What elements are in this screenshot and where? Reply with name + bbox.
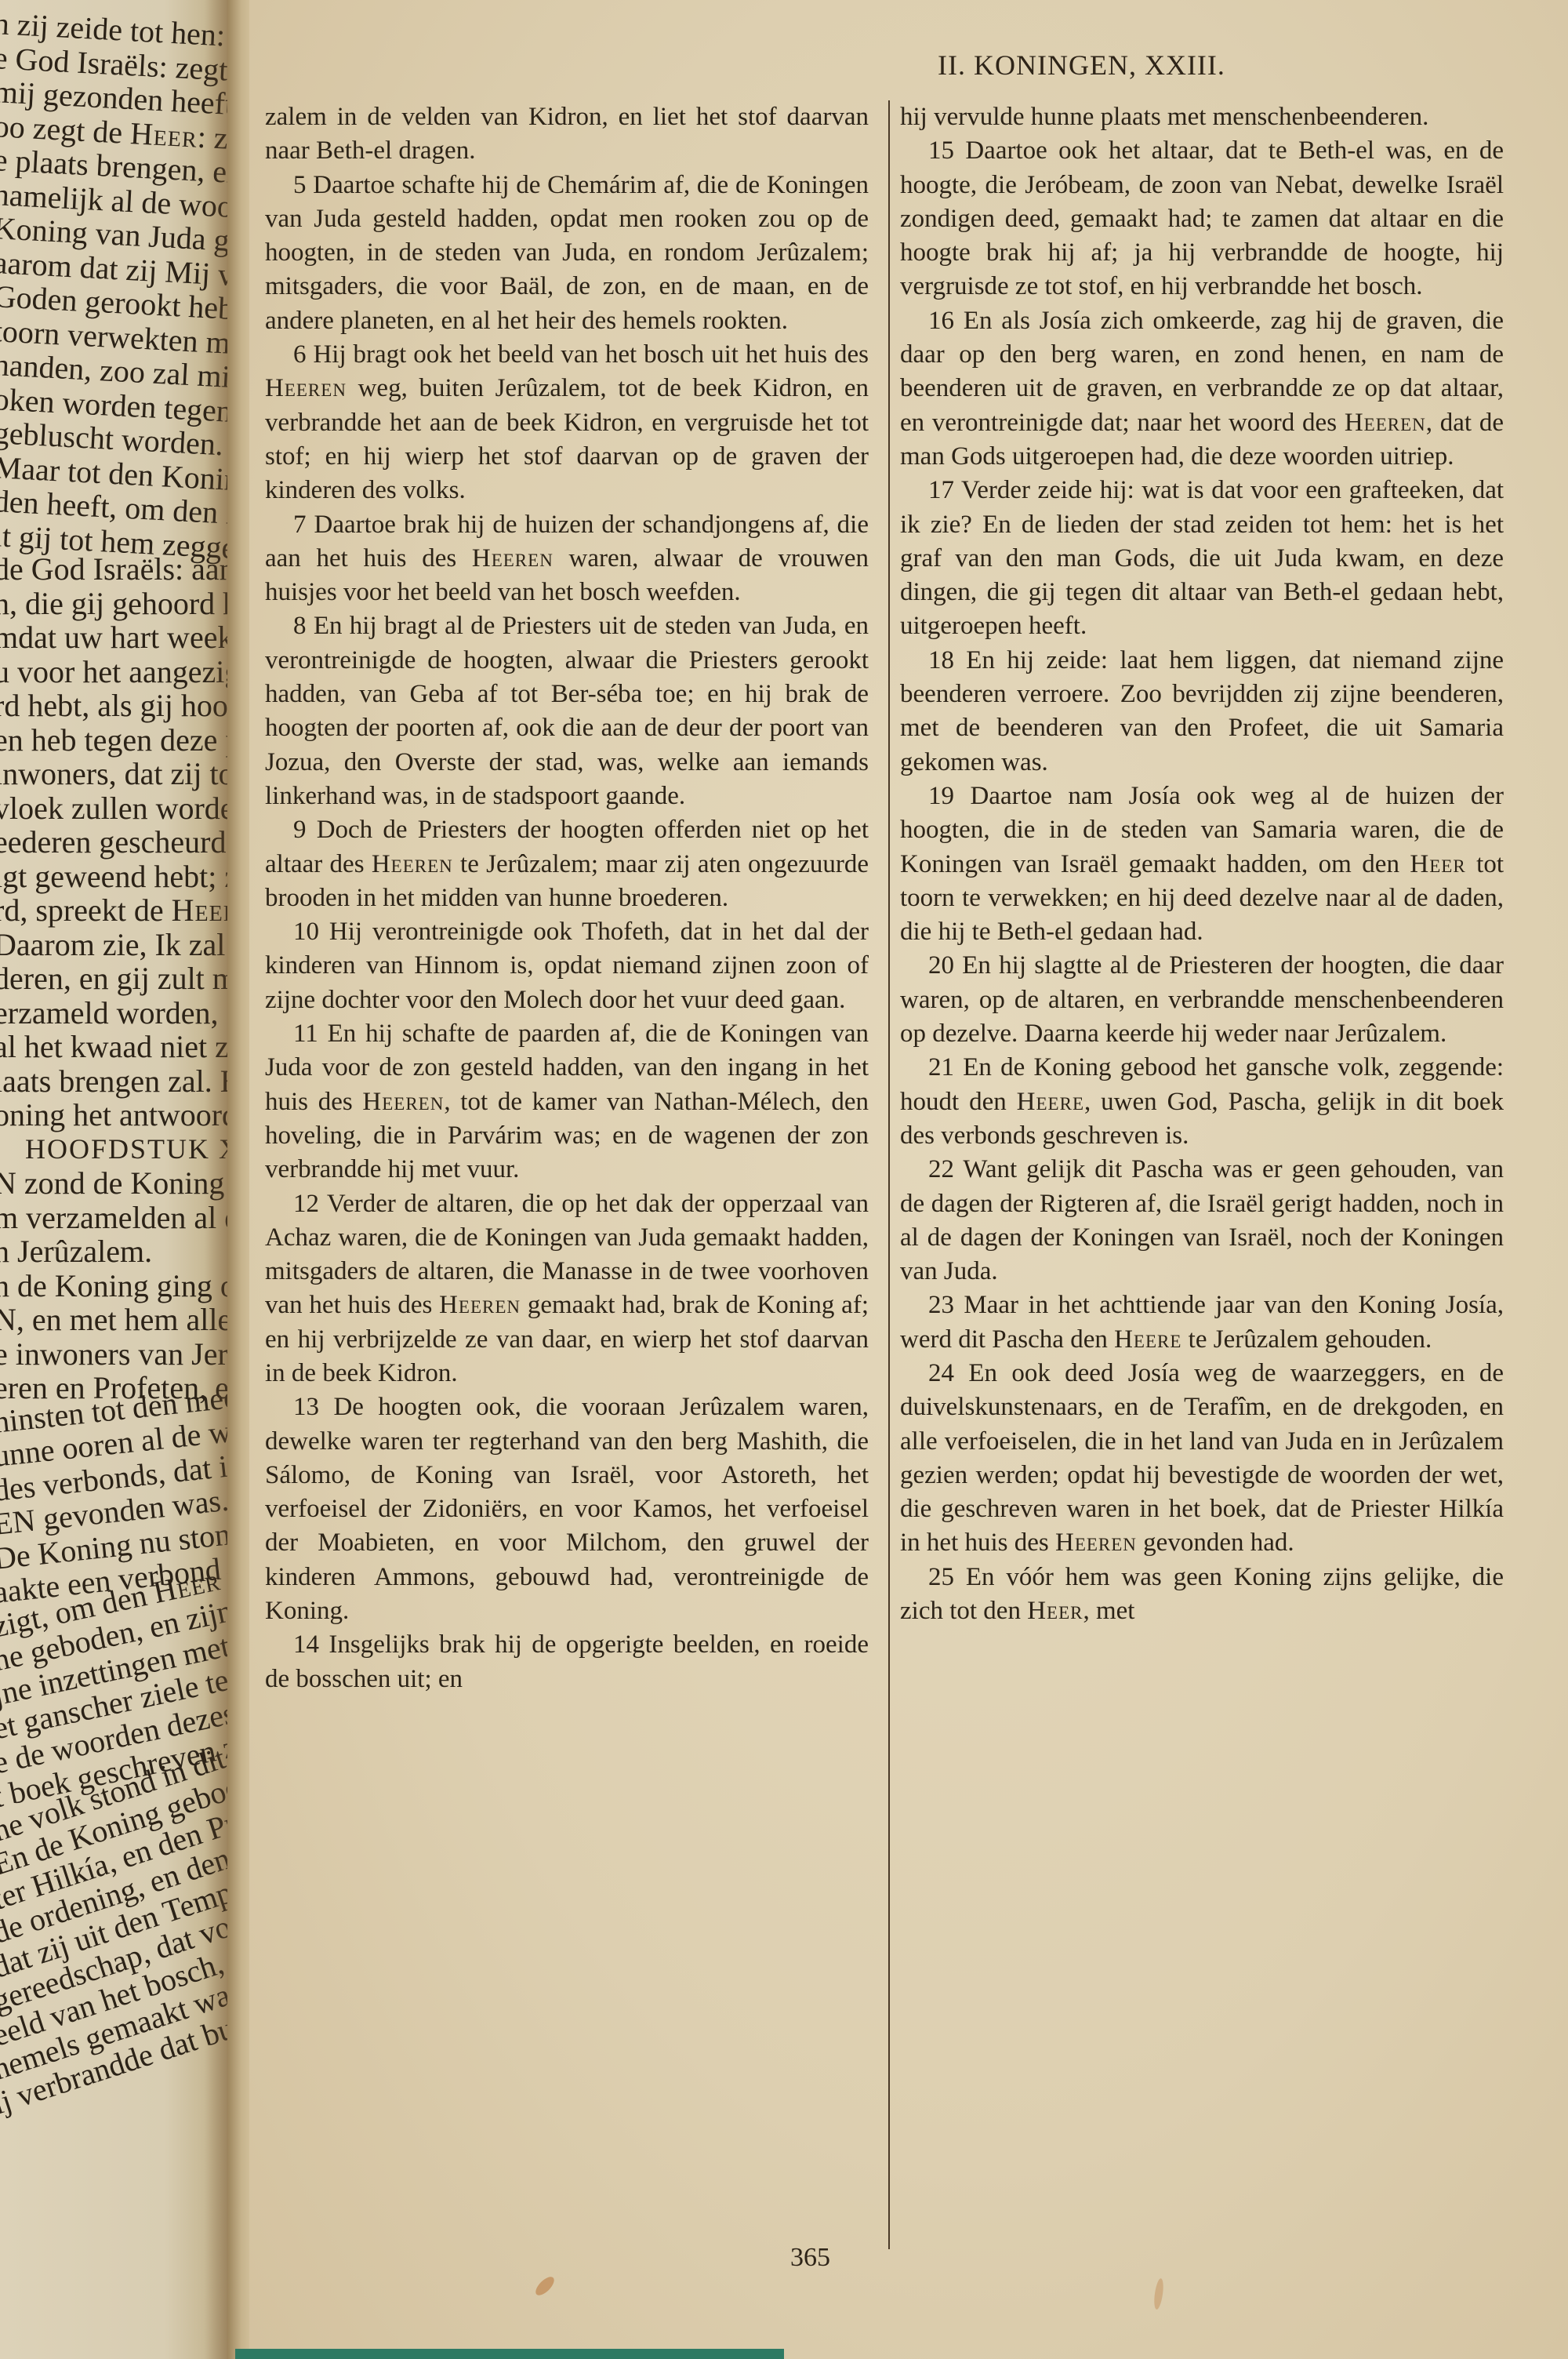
verse-text: Doch de Priesters der hoogten offerden n… — [265, 816, 869, 912]
divine-name-smallcaps: Heer — [1027, 1597, 1083, 1625]
verse-text: Daartoe schafte hij de Chemárim af, die … — [265, 171, 869, 335]
verse-text: De hoogten ook, die vooraan Jerûzalem wa… — [265, 1393, 869, 1625]
verse-number: 12 — [293, 1190, 327, 1218]
verse-paragraph: 23 Maar in het achttiende jaar van den K… — [900, 1289, 1504, 1357]
verse-text: En ook deed Josía weg de waarzeggers, en… — [900, 1359, 1504, 1557]
verse-paragraph: 14 Insgelijks brak hij de opgerigte beel… — [265, 1628, 869, 1696]
verse-text: Verder de altaren, die op het dak der op… — [265, 1190, 869, 1387]
verse-text: En hij slagtte al de Priesteren der hoog… — [900, 951, 1504, 1048]
verse-number: 7 — [293, 511, 314, 539]
verse-number: 6 — [293, 340, 313, 369]
verse-paragraph: 17 Verder zeide hij: wat is dat voor een… — [900, 474, 1504, 643]
chapter-heading: HOOFDSTUK XXIII — [0, 1132, 235, 1167]
running-head: II. KONINGEN, XXIII. — [938, 49, 1225, 82]
divine-name-smallcaps: Heere — [1114, 1325, 1181, 1354]
verse-text: Want gelijk dit Pascha was er geen gehou… — [900, 1155, 1504, 1285]
verse-number: 18 — [928, 646, 966, 674]
verse-paragraph: 12 Verder de altaren, die op het dak der… — [265, 1187, 869, 1391]
previous-page-line: Daarom zie, Ik zal u verza — [0, 928, 235, 962]
verse-number: 24 — [928, 1359, 968, 1387]
verse-number: 13 — [293, 1393, 333, 1421]
divine-name-smallcaps: Heeren — [472, 544, 554, 572]
verse-paragraph: 18 En hij zeide: laat hem liggen, dat ni… — [900, 644, 1504, 780]
verse-number: 20 — [928, 951, 962, 980]
verse-paragraph: 10 Hij verontreinigde ook Thofeth, dat i… — [265, 915, 869, 1017]
verse-paragraph: 6 Hij bragt ook het beeld van het bosch … — [265, 338, 869, 507]
divine-name-smallcaps: Heeren — [1345, 409, 1426, 437]
previous-page-line: vloek zullen worden, e — [0, 791, 235, 826]
verse-paragraph: 8 En hij bragt al de Priesters uit de st… — [265, 609, 869, 813]
previous-page-line: N, en met hem alle man v — [0, 1303, 235, 1337]
verse-number: 25 — [928, 1563, 966, 1591]
verse-text: Maar in het achttiende jaar van den Koni… — [900, 1291, 1504, 1353]
verse-paragraph: 24 En ook deed Josía weg de waarzeggers,… — [900, 1357, 1504, 1561]
previous-page-line: en heb tegen deze plaats — [0, 723, 235, 758]
previous-page-line: n, die gij gehoord hebt: — [0, 587, 235, 621]
previous-page-edge: n zij zeide tot hen: zoe God Israëls: ze… — [0, 0, 235, 2359]
paper-stain — [1152, 2277, 1164, 2310]
book-cover-edge — [235, 2349, 784, 2359]
verse-number: 17 — [928, 476, 961, 504]
verse-paragraph: 21 En de Koning gebood het gansche volk,… — [900, 1051, 1504, 1153]
paper-stain — [532, 2274, 557, 2298]
verse-paragraph: 13 De hoogten ook, die vooraan Jerûzalem… — [265, 1390, 869, 1628]
divine-name-smallcaps: Heeren — [439, 1291, 521, 1319]
verse-number: 11 — [293, 1020, 328, 1048]
verse-number: 9 — [293, 816, 317, 844]
previous-page-text: n zij zeide tot hen: zoe God Israëls: ze… — [0, 6, 235, 2121]
verse-text: Hij bragt ook het beeld van het bosch ui… — [265, 340, 869, 504]
divine-name-smallcaps: Heeren — [362, 1088, 444, 1116]
verse-text: Hij verontreinigde ook Thofeth, dat in h… — [265, 918, 869, 1014]
verse-paragraph: hij vervulde hunne plaats met menschenbe… — [900, 100, 1504, 134]
verse-text: En hij zeide: laat hem liggen, dat niema… — [900, 646, 1504, 776]
verse-number: 19 — [928, 782, 970, 810]
previous-page-line: n Jerûzalem. — [0, 1234, 235, 1269]
previous-page-line: rd, spreekt de Heer. — [0, 893, 235, 928]
verse-paragraph: 7 Daartoe brak hij de huizen der schandj… — [265, 508, 869, 610]
verse-paragraph: 11 En hij schafte de paarden af, die de … — [265, 1017, 869, 1187]
text-column-left: zalem in de velden van Kidron, en liet h… — [265, 100, 869, 1696]
verse-number: 23 — [928, 1291, 964, 1319]
verse-text: Verder zeide hij: wat is dat voor een gr… — [900, 476, 1504, 640]
verse-paragraph: 5 Daartoe schafte hij de Chemárim af, di… — [265, 169, 869, 338]
divine-name-smallcaps: Heeren — [372, 850, 453, 878]
verse-number: 14 — [293, 1630, 328, 1659]
verse-number: 5 — [293, 171, 313, 199]
verse-text: En hij schafte de paarden af, die de Kon… — [265, 1020, 869, 1183]
previous-page-line: mdat uw hart week gew — [0, 620, 235, 655]
verse-paragraph: 22 Want gelijk dit Pascha was er geen ge… — [900, 1153, 1504, 1289]
divine-name-smallcaps: Heeren — [1055, 1528, 1137, 1557]
previous-page-line: e inwoners van Jerûzalem — [0, 1337, 235, 1372]
divine-name-smallcaps: Heeren — [265, 374, 347, 402]
previous-page-line: inwoners, dat zij tot eene — [0, 757, 235, 791]
previous-page-line: igt geweend hebt; zoo heb — [0, 860, 235, 894]
previous-page-line: deren, en gij zult met vre — [0, 961, 235, 996]
previous-page-line: n de Koning ging op in het — [0, 1269, 235, 1303]
column-divider — [888, 100, 890, 2249]
previous-page-line: oning het antwoord weder. — [0, 1098, 235, 1132]
page-number: 365 — [790, 2243, 830, 2273]
previous-page-line: N zond de Koning hene — [0, 1166, 235, 1201]
book-page: II. KONINGEN, XXIII. zalem in de velden … — [249, 0, 1568, 2359]
previous-page-line: m verzamelden al de Ou — [0, 1201, 235, 1235]
divine-name-smallcaps: Heer — [129, 115, 198, 154]
verse-number: 16 — [928, 307, 964, 335]
text-column-right: hij vervulde hunne plaats met menschenbe… — [900, 100, 1504, 1628]
verse-text: Daartoe nam Josía ook weg al de huizen d… — [900, 782, 1504, 946]
verse-number: 10 — [293, 918, 329, 946]
divine-name-smallcaps: Heer — [1410, 850, 1465, 878]
verse-paragraph: 15 Daartoe ook het altaar, dat te Beth-e… — [900, 134, 1504, 304]
previous-page-line: al het kwaad niet zien, dat — [0, 1030, 235, 1064]
verse-number: 15 — [928, 136, 965, 165]
verse-paragraph: zalem in de velden van Kidron, en liet h… — [265, 100, 869, 169]
previous-page-line: eederen gescheurd en v — [0, 825, 235, 860]
verse-text: En hij bragt al de Priesters uit de sted… — [265, 612, 869, 809]
previous-page-line: laats brengen zal. En zi — [0, 1064, 235, 1099]
verse-number: 21 — [928, 1053, 963, 1081]
previous-page-line: u voor het aangezigt des — [0, 655, 235, 689]
verse-paragraph: 16 En als Josía zich omkeerde, zag hij d… — [900, 304, 1504, 474]
verse-paragraph: 25 En vóór hem was geen Koning zijns gel… — [900, 1561, 1504, 1629]
previous-page-line: erzameld worden, en u — [0, 996, 235, 1030]
verse-text: En als Josía zich omkeerde, zag hij de g… — [900, 307, 1504, 471]
divine-name-smallcaps: Heere — [1017, 1088, 1084, 1116]
verse-text: Insgelijks brak hij de opgerigte beelden… — [265, 1630, 869, 1692]
verse-paragraph: 20 En hij slagtte al de Priesteren der h… — [900, 949, 1504, 1051]
verse-text: hij vervulde hunne plaats met menschenbe… — [900, 103, 1428, 131]
previous-page-line: rd hebt, als gij hoordet, — [0, 689, 235, 723]
verse-number: 8 — [293, 612, 314, 640]
verse-paragraph: 9 Doch de Priesters der hoogten offerden… — [265, 813, 869, 915]
verse-number: 22 — [928, 1155, 963, 1183]
verse-text: En vóór hem was geen Koning zijns gelijk… — [900, 1563, 1504, 1625]
verse-text: Daartoe ook het altaar, dat te Beth-el w… — [900, 136, 1504, 300]
verse-text: Daartoe brak hij de huizen der schandjon… — [265, 511, 869, 607]
verse-text: En de Koning gebood het gansche volk, ze… — [900, 1053, 1504, 1150]
verse-paragraph: 19 Daartoe nam Josía ook weg al de huize… — [900, 780, 1504, 949]
verse-text: zalem in de velden van Kidron, en liet h… — [265, 103, 869, 165]
